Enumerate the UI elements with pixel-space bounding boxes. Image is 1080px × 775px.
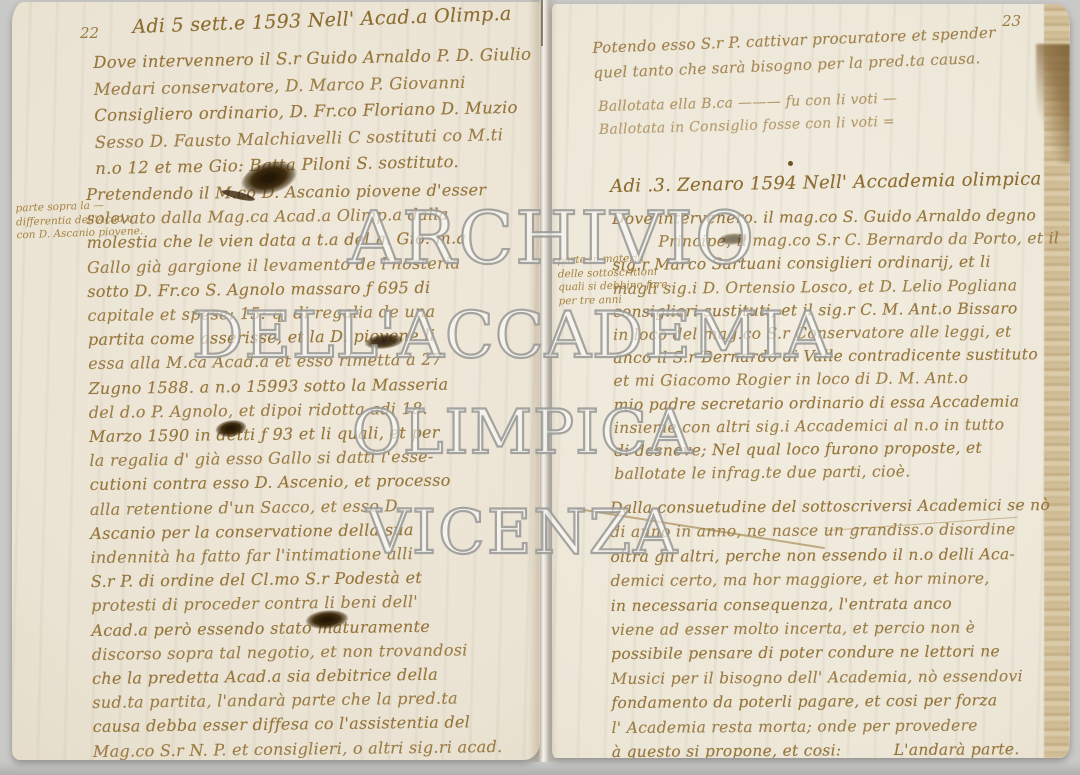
left-attendance-paragraph: Dove intervennero il S.r Guido Arnaldo P…: [93, 41, 540, 182]
left-page-number: 22: [80, 24, 99, 42]
text-line: Dalla consuetudine del sottoscriversi Ac…: [610, 493, 1070, 521]
text-line: insieme con altri sig.i Accademici al n.…: [614, 413, 1069, 440]
manuscript-scan: 22 Adi 5 sett.e 1593 Nell' Acad.a Olimp.…: [0, 0, 1080, 775]
right-page-number: 23: [1002, 12, 1021, 30]
right-page: 23 Potendo esso S.r P. cattivar procurat…: [552, 4, 1070, 758]
left-page-heading: Adi 5 sett.e 1593 Nell' Acad.a Olimp.a: [132, 3, 512, 38]
text-line: et mi Giacomo Rogier in loco di D. M. An…: [613, 366, 1068, 393]
text-line: magli sig.i D. Ortensio Losco, et D. Lel…: [613, 274, 1068, 301]
right-body-paragraph: Dalla consuetudine del sottoscriversi Ac…: [610, 493, 1070, 758]
text-line: oltra gli altri, perche non essendo il n…: [610, 542, 1070, 570]
corner-fold-shadow: [1036, 44, 1070, 164]
text-line: à questo si propone, et cosi: L'andarà p…: [612, 737, 1070, 758]
text-line: possibile pensare di poter condure ne le…: [611, 639, 1070, 667]
left-page: 22 Adi 5 sett.e 1593 Nell' Acad.a Olimp.…: [12, 2, 540, 760]
text-line: demici certo, ma hor maggiore, et hor mi…: [611, 566, 1070, 594]
text-line: Musici per il bisogno dell' Academia, nò…: [611, 664, 1070, 692]
text-line: di anno in anno, ne nasce un grandiss.o …: [610, 517, 1070, 545]
right-resolution-paragraph: Potendo esso S.r P. cattivar procuratore…: [592, 21, 997, 86]
right-ballot-lines: Ballotata ella B.ca ——— fu con li voti —…: [598, 88, 898, 142]
right-attendance-paragraph: Dove intervenero. il mag.co S. Guido Arn…: [612, 204, 1069, 486]
text-line: in loco del mag.co S.r Conservatore alle…: [613, 320, 1068, 347]
left-body-paragraph: Pretendendo il M.co D. Ascanio piovene d…: [86, 177, 540, 760]
ink-dot: [788, 161, 793, 166]
text-line: in necessaria consequenza, l'entrata anc…: [611, 590, 1070, 618]
text-line: fondamento da poterli pagare, et cosi pe…: [611, 688, 1070, 716]
left-binding-stains: [14, 6, 44, 754]
right-page-heading: Adi .3. Zenaro 1594 Nell' Accademia olim…: [610, 168, 1042, 197]
text-line: ballotate le infrag.te due parti, cioè.: [614, 459, 1069, 486]
text-line: viene ad esser molto incerta, et percio …: [611, 615, 1070, 643]
bottom-scan-shadow: [0, 761, 1080, 775]
text-line: l' Academia resta morta; onde per proved…: [612, 712, 1070, 740]
